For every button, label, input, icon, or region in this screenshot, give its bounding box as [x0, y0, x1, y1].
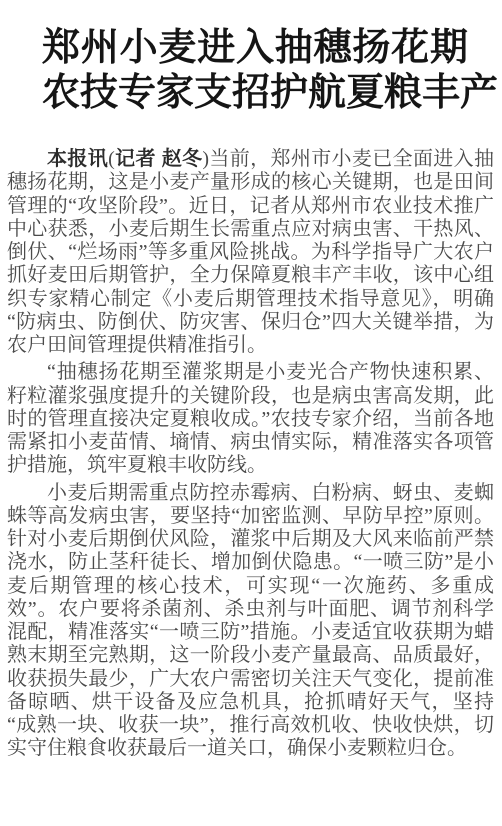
- headline-line-2: 农技专家支招护航夏粮丰产: [42, 71, 468, 116]
- body-paragraph-2: “抽穗扬花期至灌浆期是小麦光合产物快速积累、籽粒灌浆强度提升的关键阶段，也是病虫…: [7, 361, 494, 477]
- headline-line-1: 郑州小麦进入抽穗扬花期: [42, 26, 468, 71]
- byline-paren-open: (: [108, 148, 115, 170]
- article-body: 本报讯(记者 赵冬)当前，郑州市小麦已全面进入抽穗扬花期，这是小麦产量形成的核心…: [7, 148, 494, 761]
- byline-prefix: 本报讯: [47, 148, 108, 170]
- byline-reporter: 记者 赵冬: [115, 148, 203, 170]
- body-paragraph-1: 本报讯(记者 赵冬)当前，郑州市小麦已全面进入抽穗扬花期，这是小麦产量形成的核心…: [7, 148, 494, 357]
- newspaper-article-page: 郑州小麦进入抽穗扬花期 农技专家支招护航夏粮丰产 本报讯(记者 赵冬)当前，郑州…: [0, 0, 502, 826]
- paragraph-1-text: 当前，郑州市小麦已全面进入抽穗扬花期，这是小麦产量形成的核心关键期，也是田间管理…: [7, 148, 494, 356]
- body-paragraph-3: 小麦后期需重点防控赤霉病、白粉病、蚜虫、麦蜘蛛等高发病虫害，要坚持“加密监测、早…: [7, 482, 494, 761]
- article-headline: 郑州小麦进入抽穗扬花期 农技专家支招护航夏粮丰产: [42, 26, 468, 116]
